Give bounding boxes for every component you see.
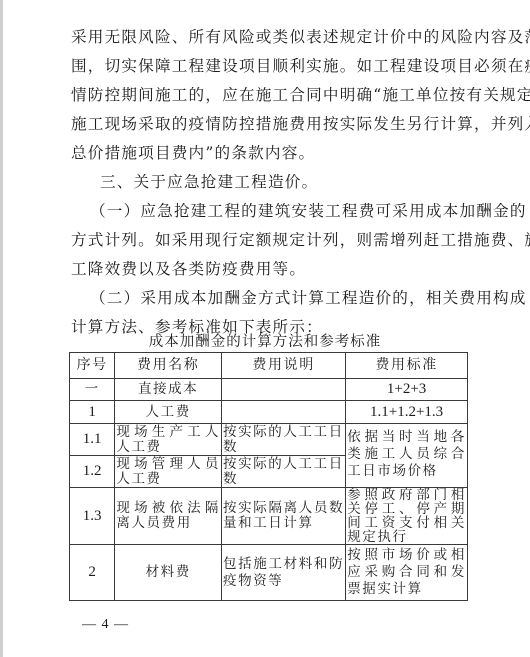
table-row: 1.1 现场生产工人人工费 按实际的人工工日数 依据当时当地各类施工人员综合工日… <box>70 424 468 456</box>
body-text-line: 围，切实保障工程建设项目顺利实施。如工程建设项目必须在疫 <box>71 56 530 76</box>
cell-standard: 参照政府部门相关停工、停产期间工资支付相关规定执行 <box>346 488 468 545</box>
table-header-row: 序号 费用名称 费用说明 费用标准 <box>70 353 468 379</box>
header-no: 序号 <box>70 353 115 379</box>
body-text-line: 采用无限风险、所有风险或类似表述规定计价中的风险内容及范 <box>71 27 530 47</box>
header-standard: 费用标准 <box>346 353 468 379</box>
cell-no: 1 <box>70 401 115 424</box>
body-text-line: 情防控期间施工的，应在施工合同中明确“施工单位按有关规定在 <box>71 85 530 105</box>
table-row: 一 直接成本 1+2+3 <box>70 379 468 401</box>
cell-name: 直接成本 <box>115 379 222 401</box>
cell-no: 1.2 <box>70 456 115 488</box>
table-row: 2 材料费 包括施工材料和防疫物资等 按照市场价或相应采购合同和发票据实计算 <box>70 545 468 601</box>
cell-standard: 按照市场价或相应采购合同和发票据实计算 <box>346 545 468 601</box>
header-name: 费用名称 <box>115 353 222 379</box>
table-caption: 成本加酬金的计算方法和参考标准 <box>0 332 530 352</box>
cell-no: 1.1 <box>70 424 115 456</box>
cell-desc: 按实际的人工工日数 <box>222 456 346 488</box>
cell-name: 材料费 <box>115 545 222 601</box>
cell-desc <box>222 379 346 401</box>
body-text-line: 工降效费以及各类防疫费用等。 <box>71 259 306 279</box>
cell-desc: 按实际隔离人员数量和工日计算 <box>222 488 346 545</box>
cell-name: 现场生产工人人工费 <box>115 424 222 456</box>
cell-name: 现场被依法隔离人员费用 <box>115 488 222 545</box>
document-page: 采用无限风险、所有风险或类似表述规定计价中的风险内容及范 围，切实保障工程建设项… <box>0 0 530 657</box>
section-heading: 三、关于应急抢建工程造价。 <box>100 172 318 192</box>
body-text-line: 总价措施项目费内”的条款内容。 <box>71 143 315 163</box>
header-desc: 费用说明 <box>222 353 346 379</box>
cost-standard-table: 序号 费用名称 费用说明 费用标准 一 直接成本 1+2+3 1 人工费 1.1… <box>69 352 468 601</box>
body-text-line: 方式计列。如采用现行定额规定计列，则需增列赶工措施费、施 <box>71 230 530 250</box>
cell-name: 现场管理人员人工费 <box>115 456 222 488</box>
body-text-line: 施工现场采取的疫情防控措施费用按实际发生另行计算，并列入 <box>71 114 530 134</box>
cell-name: 人工费 <box>115 401 222 424</box>
body-text-line: （二）采用成本加酬金方式计算工程造价的，相关费用构成 <box>90 288 527 308</box>
cell-no: 2 <box>70 545 115 601</box>
cell-standard: 依据当时当地各类施工人员综合工日市场价格 <box>346 424 468 488</box>
cell-standard: 1+2+3 <box>346 379 468 401</box>
cell-desc <box>222 401 346 424</box>
table-row: 1.3 现场被依法隔离人员费用 按实际隔离人员数量和工日计算 参照政府部门相关停… <box>70 488 468 545</box>
cell-desc: 包括施工材料和防疫物资等 <box>222 545 346 601</box>
cell-no: 一 <box>70 379 115 401</box>
body-text-line: （一）应急抢建工程的建筑安装工程费可采用成本加酬金的 <box>90 201 527 221</box>
table-row: 1 人工费 1.1+1.2+1.3 <box>70 401 468 424</box>
cell-standard: 1.1+1.2+1.3 <box>346 401 468 424</box>
cell-no: 1.3 <box>70 488 115 545</box>
cell-desc: 按实际的人工工日数 <box>222 424 346 456</box>
page-number: — 4 — <box>82 617 129 633</box>
